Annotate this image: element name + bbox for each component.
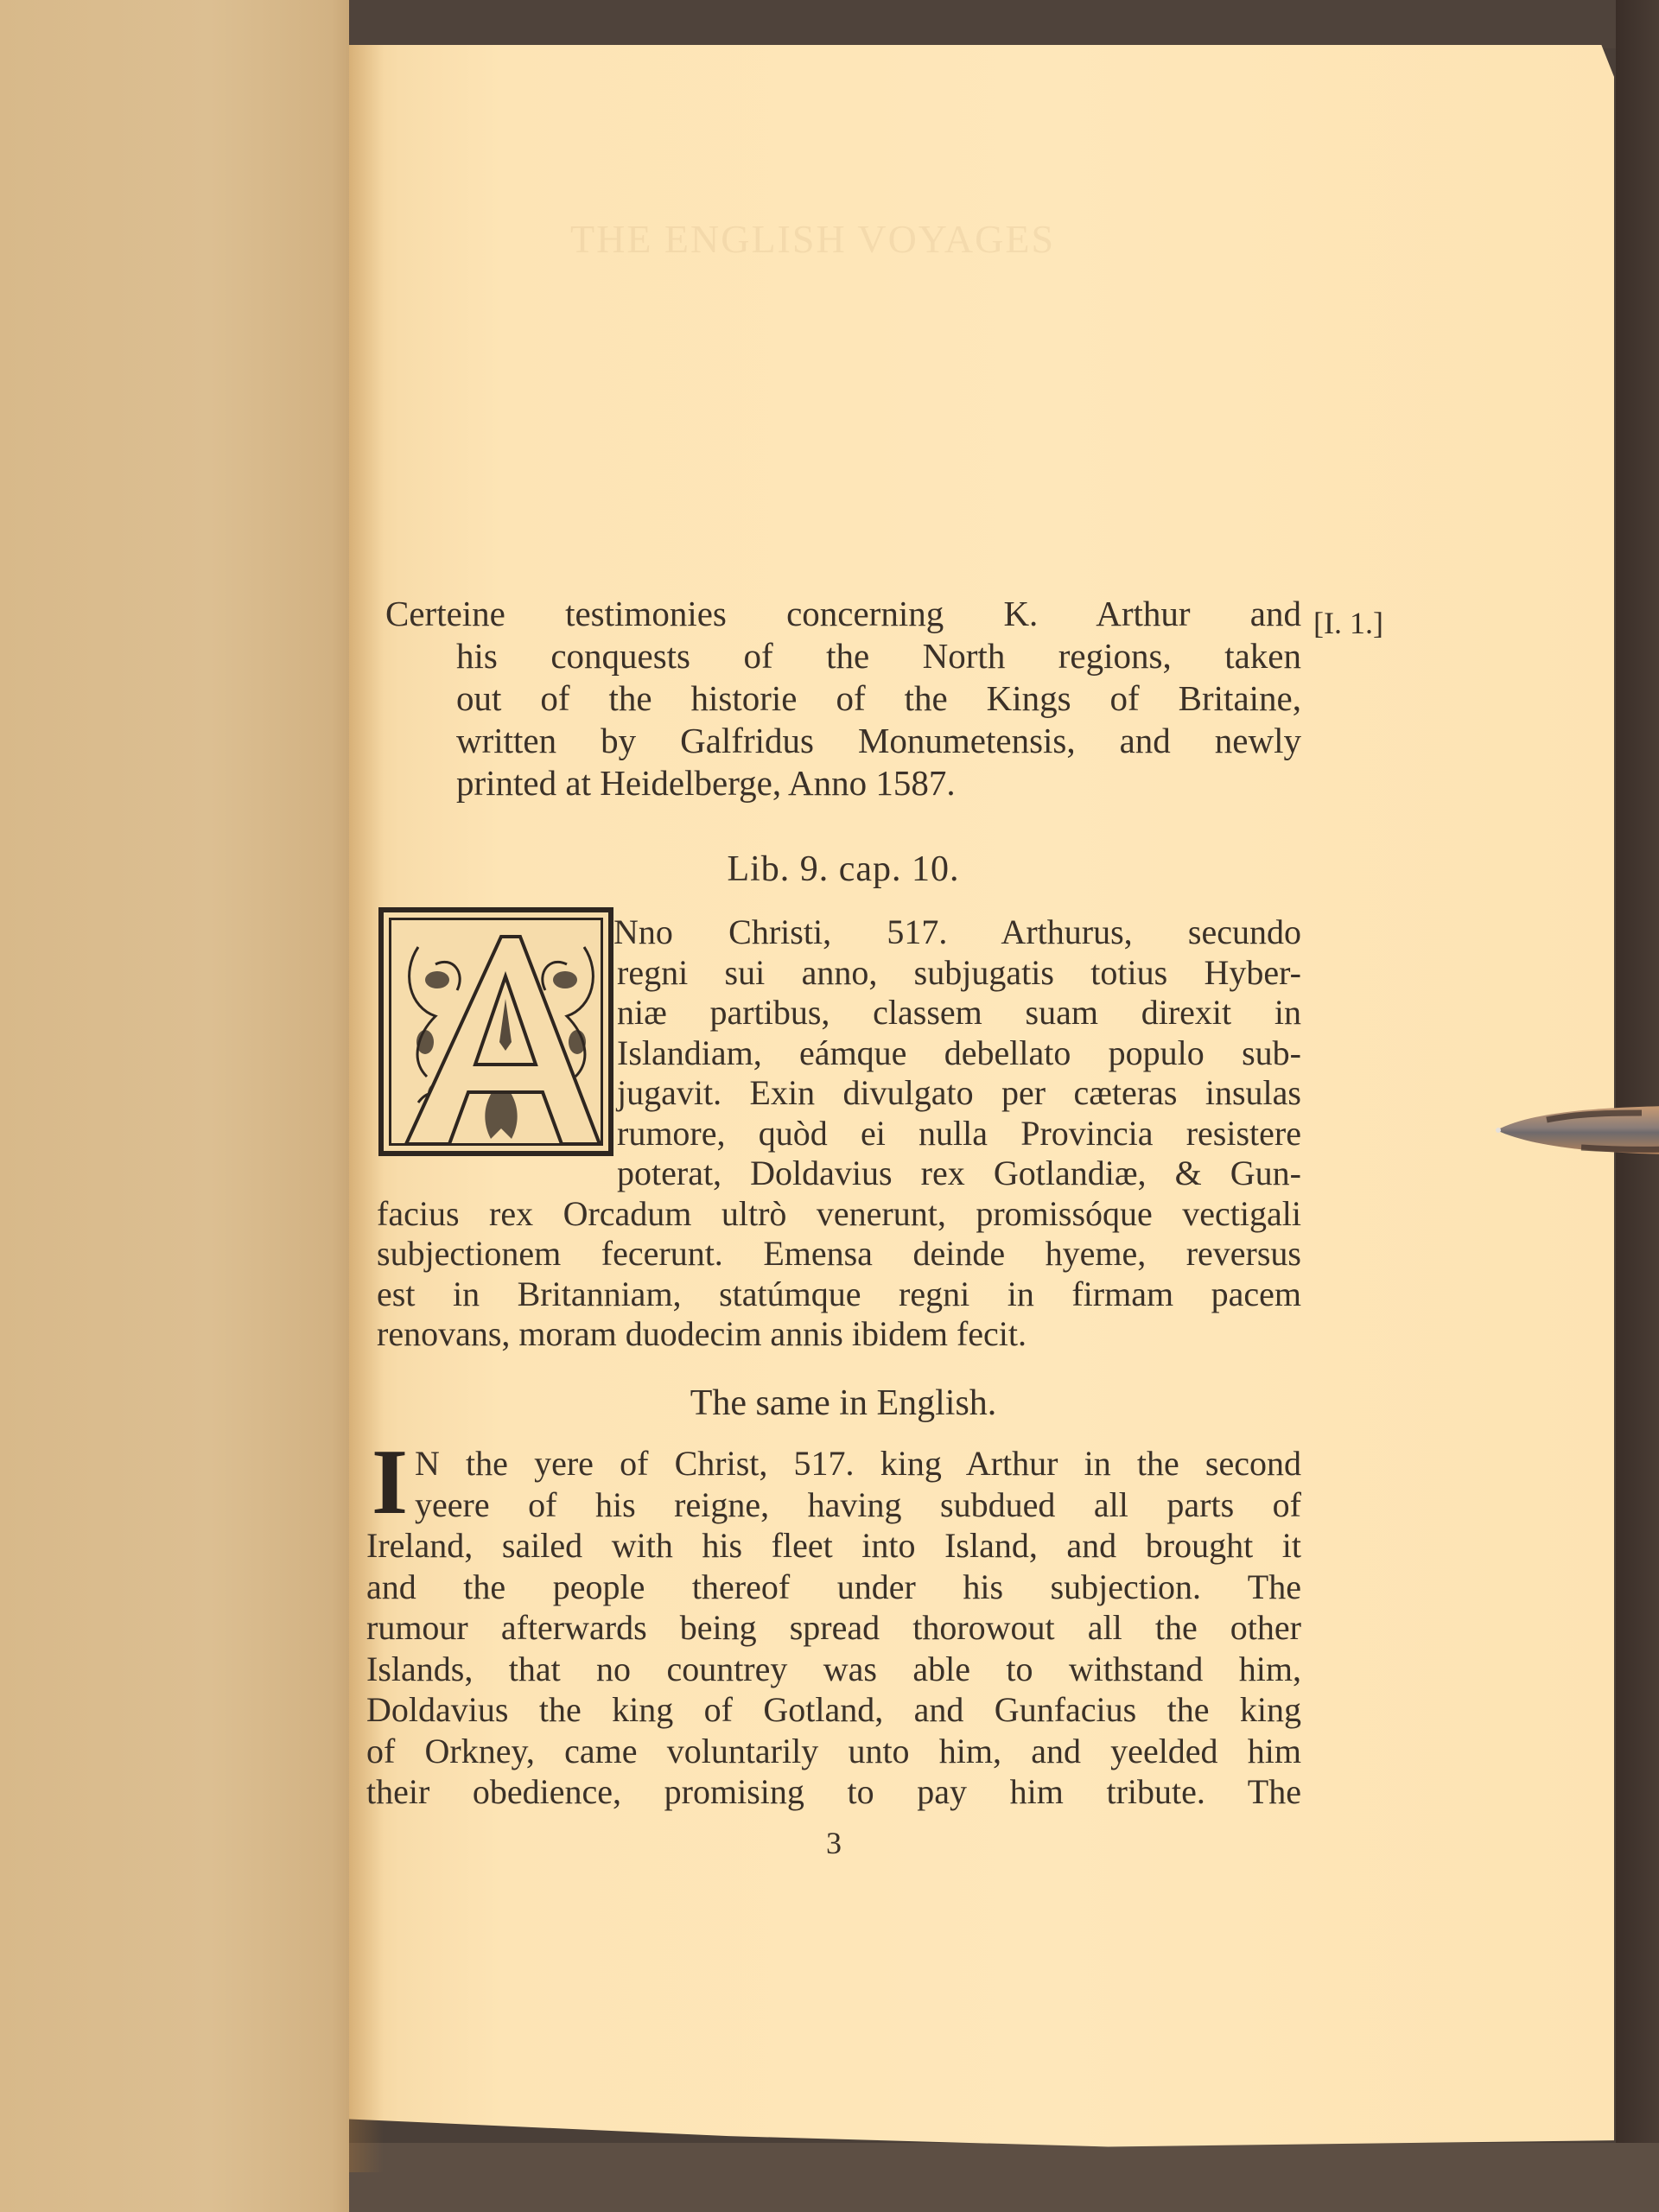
text-line: and the people thereof under his subject…	[366, 1567, 1301, 1608]
latin-section-heading: Lib. 9. cap. 10.	[385, 849, 1301, 890]
title-line: written by Galfridus Monumetensis, and n…	[385, 720, 1301, 762]
text-line: Ireland, sailed with his fleet into Isla…	[366, 1525, 1301, 1567]
title-line: his conquests of the North regions, take…	[385, 635, 1301, 677]
show-through-text: THE ENGLISH VOYAGES	[570, 216, 1055, 262]
text-line: Islands, that no countrey was able to wi…	[366, 1649, 1301, 1690]
text-line: est in Britanniam, statúmque regni in fi…	[377, 1274, 1301, 1315]
title-line: out of the historie of the Kings of Brit…	[385, 677, 1301, 720]
text-line: Nno Christi, 517. Arthurus, secundo	[377, 912, 1301, 953]
title-line: Certeine testimonies concerning K. Arthu…	[385, 593, 1301, 635]
text-line: rumore, quòd ei nulla Provincia resister…	[377, 1114, 1301, 1154]
metal-bookmark-clip-icon	[1495, 1097, 1659, 1160]
text-line: of Orkney, came voluntarily unto him, an…	[366, 1731, 1301, 1772]
text-line: regni sui anno, subjugatis totius Hyber-	[377, 953, 1301, 994]
text-line: Doldavius the king of Gotland, and Gunfa…	[366, 1689, 1301, 1731]
text-line: Islandiam, eámque debellato populo sub-	[377, 1033, 1301, 1074]
english-section-heading: The same in English.	[385, 1382, 1301, 1424]
text-line: their obedience, promising to pay him tr…	[366, 1771, 1301, 1813]
text-line: yeere of his reigne, having subdued all …	[366, 1484, 1301, 1526]
text-line: facius rex Orcadum ultrò venerunt, promi…	[377, 1194, 1301, 1235]
text-line: renovans, moram duodecim annis ibidem fe…	[377, 1314, 1301, 1355]
text-line: poterat, Doldavius rex Gotlandiæ, & Gun-	[377, 1154, 1301, 1194]
page-number: 3	[826, 1825, 842, 1861]
latin-paragraph: Nno Christi, 517. Arthurus, secundo regn…	[377, 912, 1301, 1355]
text-line: rumour afterwards being spread thorowout…	[366, 1607, 1301, 1649]
text-line: subjectionem fecerunt. Emensa deinde hye…	[377, 1234, 1301, 1274]
text-line: jugavit. Exin divulgato per cæteras insu…	[377, 1073, 1301, 1114]
backdrop-top	[349, 0, 1659, 48]
show-through-text	[397, 294, 1305, 340]
backdrop-bottom	[349, 2143, 1659, 2212]
text-line: niæ partibus, classem suam direxit in	[377, 993, 1301, 1033]
english-paragraph: N the yere of Christ, 517. king Arthur i…	[366, 1443, 1301, 1813]
title-line: printed at Heidelberge, Anno 1587.	[385, 762, 1301, 804]
text-line: N the yere of Christ, 517. king Arthur i…	[366, 1443, 1301, 1484]
facing-left-page	[0, 0, 349, 2212]
section-title: Certeine testimonies concerning K. Arthu…	[385, 593, 1301, 804]
marginal-reference: [I. 1.]	[1313, 605, 1383, 641]
